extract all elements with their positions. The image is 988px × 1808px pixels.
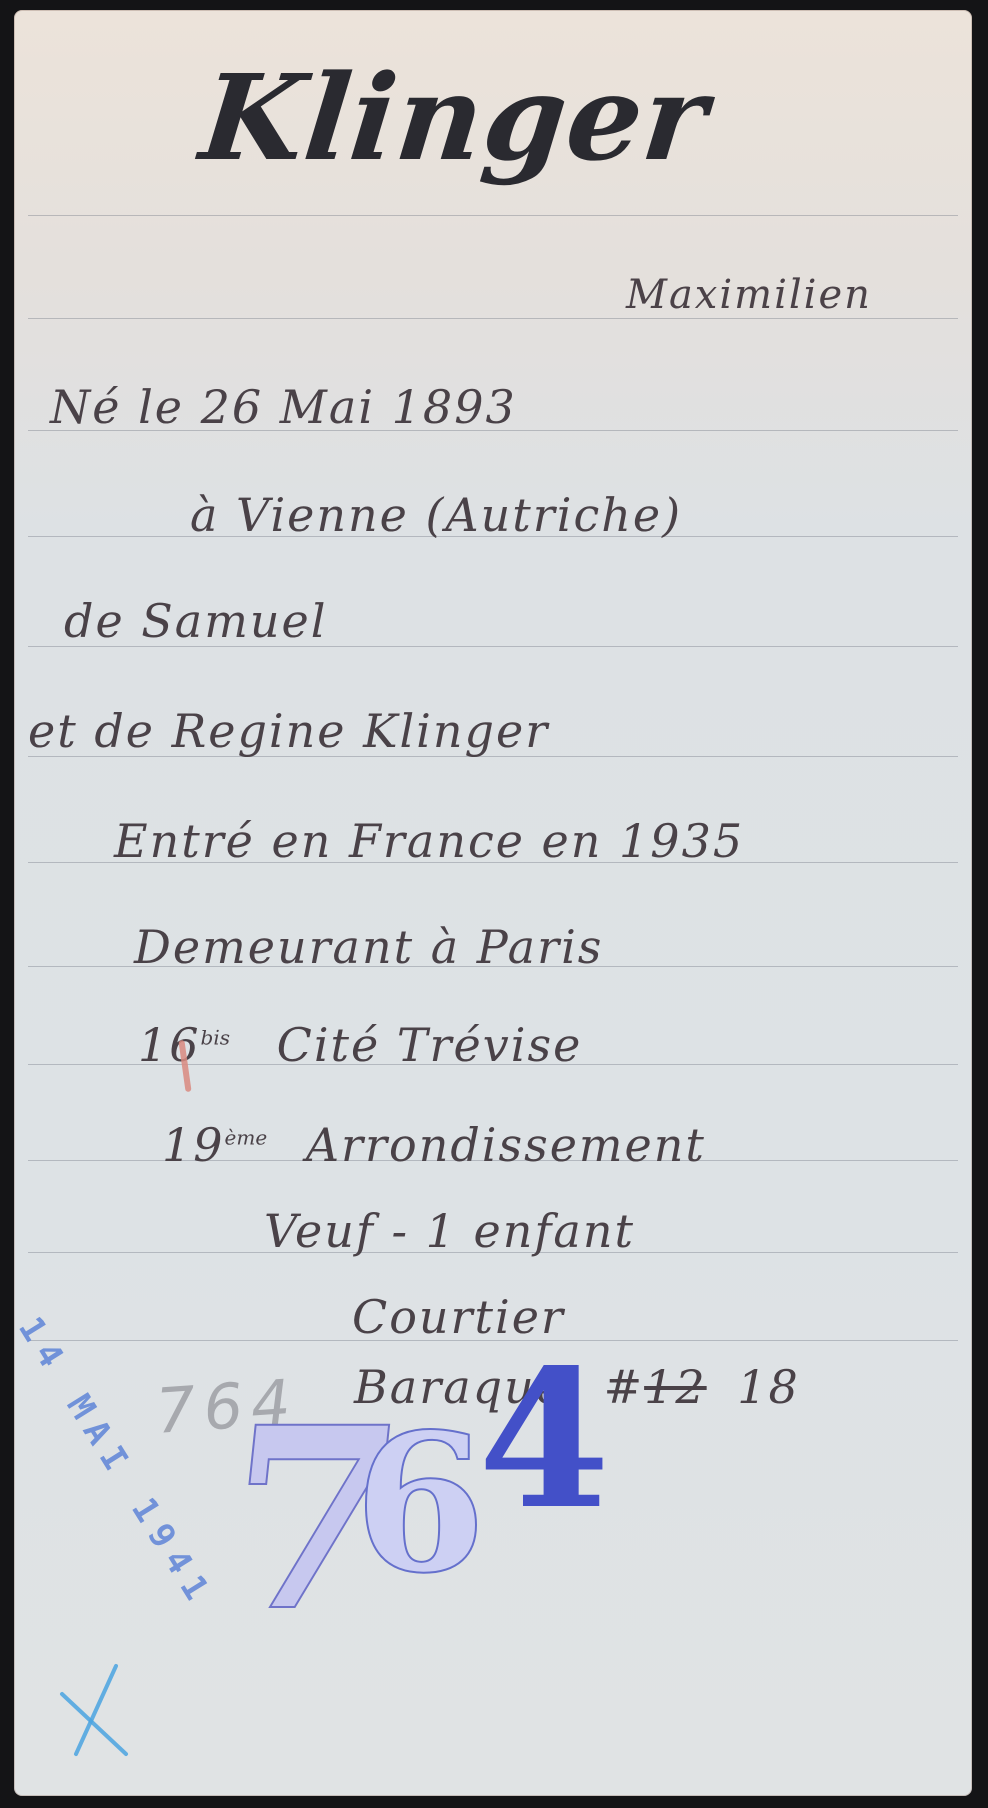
mother-line: et de Regine Klinger [28, 704, 549, 758]
arrondissement-line: 19ème Arrondissement [162, 1118, 706, 1172]
birth-place-line: à Vienne (Autriche) [190, 488, 682, 542]
arrondissement-number: 19 [162, 1118, 225, 1172]
surname: Klinger [195, 48, 714, 187]
address-line: 16bis Cité Trévise [138, 1018, 582, 1072]
entry-france-line: Entré en France en 1935 [114, 814, 744, 868]
arrondissement-suffix: ème [225, 1126, 268, 1150]
given-name: Maximilien [626, 272, 872, 318]
barrack-struck-number: 12 [644, 1360, 707, 1414]
ruled-line [28, 215, 958, 216]
address-suffix: bis [201, 1026, 230, 1050]
stamp-digit-6: 6 [354, 1392, 486, 1615]
record-card: Klinger Maximilien Né le 26 Mai 1893 à V… [14, 10, 972, 1796]
ruled-line [28, 318, 958, 319]
address-number: 16 [138, 1018, 201, 1072]
stamp-digit-4: 4 [478, 1328, 610, 1551]
arrondissement-label: Arrondissement [306, 1118, 706, 1172]
family-status-line: Veuf - 1 enfant [264, 1204, 635, 1258]
date-stamp: 14 MAI 1941 [14, 1310, 222, 1615]
cross-mark-icon [54, 1660, 144, 1760]
father-line: de Samuel [64, 594, 327, 648]
address-street: Cité Trévise [277, 1018, 583, 1072]
residence-line: Demeurant à Paris [134, 920, 603, 974]
birth-date-line: Né le 26 Mai 1893 [50, 380, 517, 434]
barrack-number: 18 [737, 1360, 800, 1414]
